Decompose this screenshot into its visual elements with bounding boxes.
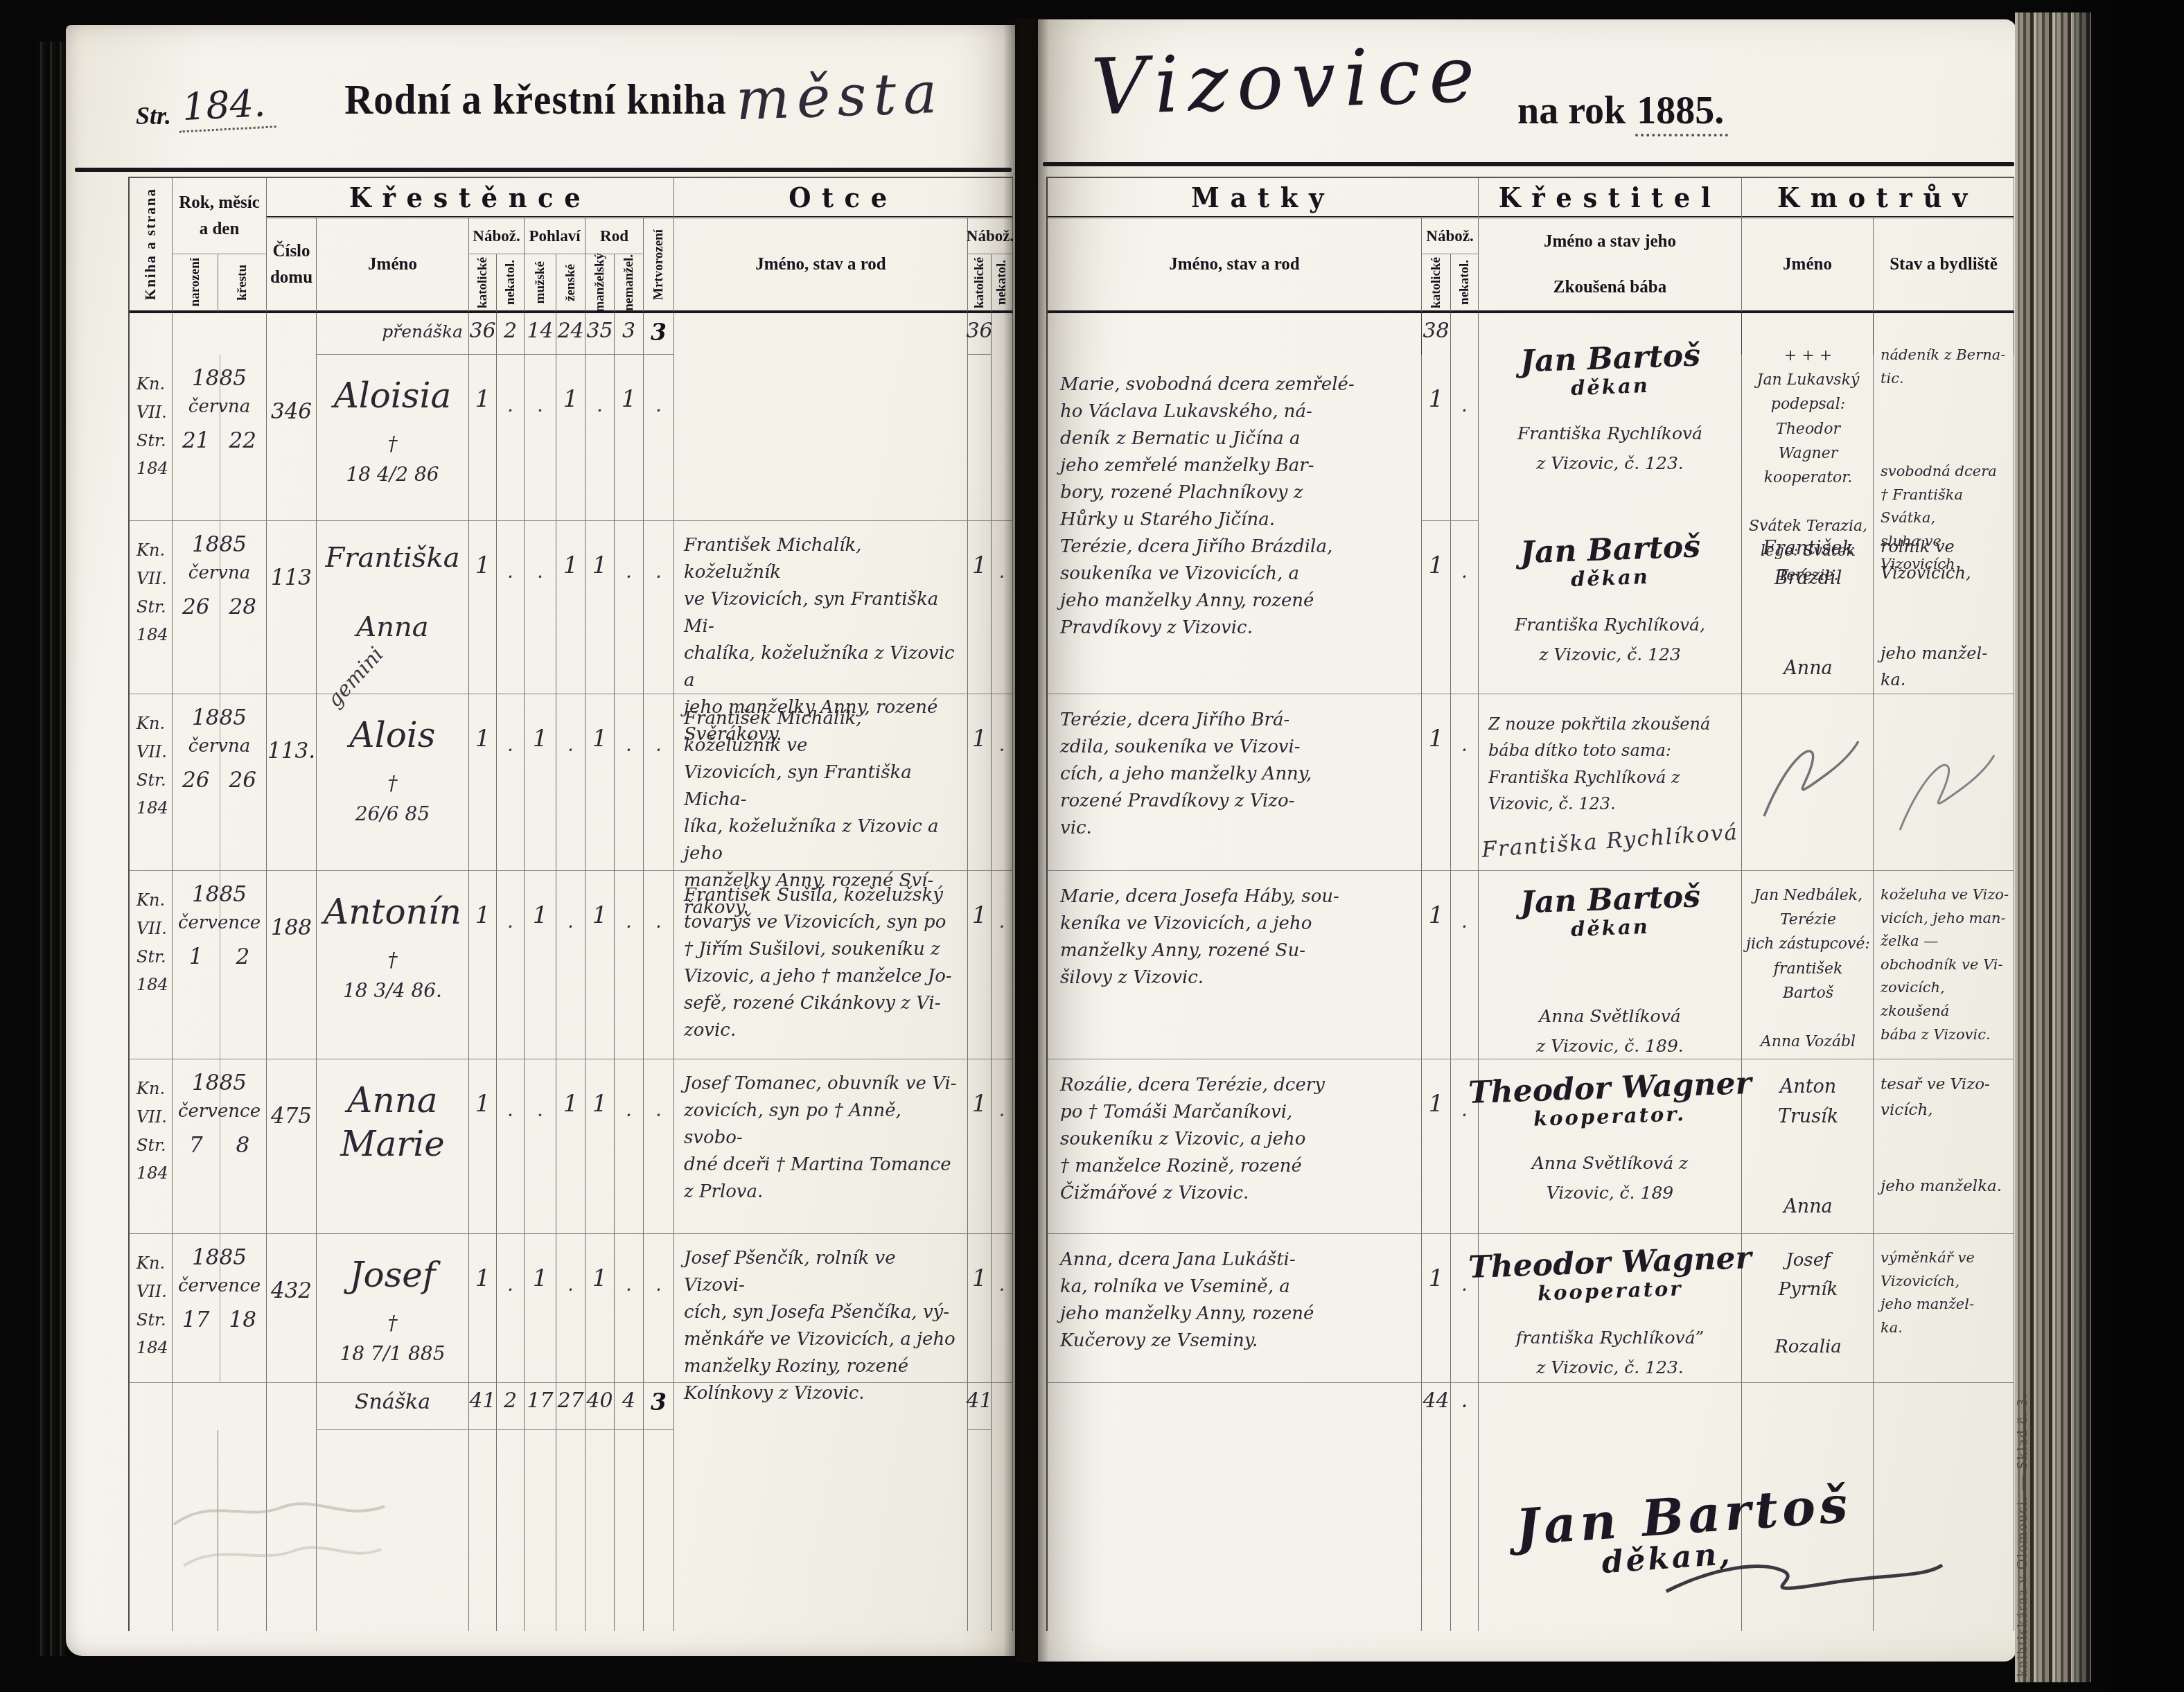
mother-noncatholic: . bbox=[1451, 871, 1479, 1059]
tally-legitimate: 1 bbox=[585, 1059, 615, 1234]
group-header-father-religion: Nábož. bbox=[968, 218, 1013, 254]
col-header-noncatholic: nekatol. bbox=[497, 254, 525, 313]
row-house-number: 475 bbox=[267, 1059, 317, 1234]
tally-illegitimate: . bbox=[615, 1234, 644, 1383]
carry-stillborn: 3 bbox=[644, 313, 674, 355]
birth-day: 21 bbox=[182, 428, 209, 453]
mother-record: Rozálie, dcera Terézie, dcery po † Tomáš… bbox=[1048, 1059, 1422, 1234]
tally-female: . bbox=[556, 1234, 585, 1383]
row-book-ref: Kn. VII. Str. 184 bbox=[130, 355, 173, 521]
section-title-child: Křestěnce bbox=[267, 178, 674, 218]
tally-legitimate: 1 bbox=[585, 521, 615, 694]
sum-empty bbox=[1874, 1383, 2014, 1430]
col-header-father-name: Jméno, stav a rod bbox=[674, 218, 968, 313]
tally-legitimate: . bbox=[585, 355, 615, 521]
mother-catholic: 1 bbox=[1422, 1234, 1451, 1383]
father-catholic: 1 bbox=[968, 694, 992, 871]
sum-label: Snáška bbox=[317, 1383, 469, 1430]
table-left: Kniha a strana Rok, měsíc a den narození… bbox=[128, 177, 1013, 1631]
col-header-mother-name: Jméno, stav a rod bbox=[1048, 218, 1422, 313]
col-header-legitimate: manželský bbox=[585, 254, 615, 313]
baptism-day: 26 bbox=[229, 768, 256, 793]
godparent-status: výměnkář ve Vizovicích, jeho manžel- ka. bbox=[1874, 1234, 2014, 1383]
col-header-stillborn: Mrtvorození bbox=[644, 218, 674, 313]
register-title: Rodní a křestní kniha bbox=[338, 76, 733, 124]
row-house-number: 113 bbox=[267, 521, 317, 694]
father-noncatholic: . bbox=[992, 694, 1013, 871]
carry-male: 14 bbox=[525, 313, 556, 355]
tally-male: 1 bbox=[525, 694, 556, 871]
carry-legitimate: 35 bbox=[585, 313, 615, 355]
mother-record: Anna, dcera Jana Lukášti- ka, rolníka ve… bbox=[1048, 1234, 1422, 1383]
row-date: 1885června2626 bbox=[173, 694, 267, 871]
tally-male: . bbox=[525, 355, 556, 521]
blank-cell bbox=[585, 1430, 615, 1631]
godparent-status: nádeník z Berna- tic. svobodná dcera † F… bbox=[1874, 313, 2014, 521]
blank-cell bbox=[525, 1430, 556, 1631]
godparent-name: František Brázdil Anna bbox=[1742, 521, 1874, 694]
godparent-name: Josef Pyrník Rozalia bbox=[1742, 1234, 1874, 1383]
col-header-godparent-status: Stav a bydliště bbox=[1874, 218, 2014, 313]
tally-stillborn: . bbox=[644, 1234, 674, 1383]
tally-catholic: 1 bbox=[469, 1234, 497, 1383]
father-noncatholic: . bbox=[992, 1059, 1013, 1234]
tally-illegitimate: . bbox=[615, 871, 644, 1059]
sum-empty bbox=[1742, 1383, 1874, 1430]
col-header-house-number: Číslo domu bbox=[267, 218, 317, 313]
blank-cell bbox=[992, 1430, 1013, 1631]
baptizer-record: Jan BartošděkanAnna Světlíková z Vizovic… bbox=[1479, 871, 1742, 1059]
carry-noncatholic: 2 bbox=[497, 313, 525, 355]
col-header-date: Rok, měsíc a den bbox=[173, 178, 267, 254]
baptizer-record: Theodor Wagnerkooperatorfrantiška Rychlí… bbox=[1479, 1234, 1742, 1383]
father-noncatholic bbox=[992, 355, 1013, 521]
flourish-mark bbox=[1759, 736, 1862, 826]
sum-empty bbox=[173, 1383, 267, 1430]
group-header-sex: Pohlaví bbox=[525, 218, 585, 254]
father-catholic: 1 bbox=[968, 1234, 992, 1383]
mother-noncatholic: . bbox=[1451, 521, 1479, 694]
group-header-religion: Nábož. bbox=[469, 218, 525, 254]
tally-female: 1 bbox=[556, 1059, 585, 1234]
col-header-baptizer: Jméno a stav jehoZkoušená bába bbox=[1479, 218, 1742, 313]
blank-cell bbox=[1451, 1430, 1479, 1631]
mother-noncatholic: . bbox=[1451, 694, 1479, 871]
register-scan: Str. 184. Rodní a křestní kniha města Vi… bbox=[0, 0, 2184, 1692]
row-date: 1885července1718 bbox=[173, 1234, 267, 1383]
row-book-ref: Kn. VII. Str. 184 bbox=[130, 521, 173, 694]
blank-cell bbox=[469, 1430, 497, 1631]
flourish-mark bbox=[1894, 750, 1998, 840]
col-header-book-page: Kniha a strana bbox=[130, 178, 173, 313]
mother-catholic: 1 bbox=[1422, 1059, 1451, 1234]
col-header-catholic: katolické bbox=[469, 254, 497, 313]
tally-catholic: 1 bbox=[469, 694, 497, 871]
row-date: 1885července12 bbox=[173, 871, 267, 1059]
table-right: Matky Jméno, stav a rod Nábož. katolické… bbox=[1046, 177, 2014, 1631]
tally-male: . bbox=[525, 1059, 556, 1234]
row-house-number: 346 bbox=[267, 355, 317, 521]
row-book-ref: Kn. VII. Str. 184 bbox=[130, 694, 173, 871]
tally-illegitimate: . bbox=[615, 694, 644, 871]
col-header-birth: narození bbox=[173, 254, 218, 313]
sum-mother-catholic: 44 bbox=[1422, 1383, 1451, 1430]
sum-stillborn: 3 bbox=[644, 1383, 674, 1430]
father-record: František Sušila, koželužský tovaryš ve … bbox=[674, 871, 968, 1059]
mother-record: Terézie, dcera Jiřího Brázdila, soukeník… bbox=[1048, 521, 1422, 694]
godparent-name: Jan Nedbálek, Terézie jich zástupcové: f… bbox=[1742, 871, 1874, 1059]
father-catholic: 1 bbox=[968, 871, 992, 1059]
col-header-name: Jméno bbox=[317, 218, 469, 313]
blank-cell bbox=[644, 1430, 674, 1631]
col-header-godparent-name: Jméno bbox=[1742, 218, 1874, 313]
mother-catholic: 1 bbox=[1422, 694, 1451, 871]
father-catholic: 1 bbox=[968, 1059, 992, 1234]
godparent-status: tesař ve Vizo- vicích, jeho manželka. bbox=[1874, 1059, 2014, 1234]
father-noncatholic: . bbox=[992, 521, 1013, 694]
carry-empty bbox=[267, 313, 317, 355]
col-header-father-noncatholic: nekatol. bbox=[992, 254, 1013, 313]
carry-father-catholic: 36 bbox=[968, 313, 992, 355]
blank-cell bbox=[1048, 1430, 1422, 1631]
mother-record: Marie, dcera Josefa Háby, sou- keníka ve… bbox=[1048, 871, 1422, 1059]
tally-noncatholic: . bbox=[497, 694, 525, 871]
group-header-legitimacy: Rod bbox=[585, 218, 644, 254]
godparent-status: rolník ve Vizovicích, jeho manžel- ka. bbox=[1874, 521, 2014, 694]
tally-female: 1 bbox=[556, 521, 585, 694]
sum-mother-noncatholic: . bbox=[1451, 1383, 1479, 1430]
mother-record: Marie, svobodná dcera zemřelé- ho Václav… bbox=[1048, 313, 1422, 521]
godparent-status: koželuha ve Vizo- vicích, jeho man- želk… bbox=[1874, 871, 2014, 1059]
sum-empty bbox=[1479, 1383, 1742, 1430]
blank-cell bbox=[968, 1430, 992, 1631]
group-header-mother-religion: Nábož. bbox=[1422, 218, 1479, 254]
sum-empty bbox=[1048, 1383, 1422, 1430]
row-book-ref: Kn. VII. Str. 184 bbox=[130, 871, 173, 1059]
page-number-block: Str. 184. bbox=[136, 83, 275, 130]
row-date: 1885června2122 bbox=[173, 355, 267, 521]
tally-male: 1 bbox=[525, 1234, 556, 1383]
row-house-number: 432 bbox=[267, 1234, 317, 1383]
tally-noncatholic: . bbox=[497, 521, 525, 694]
carry-empty bbox=[173, 313, 267, 355]
tally-legitimate: 1 bbox=[585, 694, 615, 871]
row-house-number: 188 bbox=[267, 871, 317, 1059]
baptizer-record: Theodor Wagnerkooperator.Anna Světlíková… bbox=[1479, 1059, 1742, 1234]
page-number-value: 184. bbox=[177, 80, 276, 132]
row-date: 1885června2628 bbox=[173, 521, 267, 694]
sum-empty bbox=[674, 1383, 968, 1430]
section-title-baptizer: Křestitel bbox=[1479, 178, 1742, 218]
tally-catholic: 1 bbox=[469, 1059, 497, 1234]
carry-mother-catholic: 38 bbox=[1422, 313, 1451, 355]
year-label: na rok 1885. bbox=[1517, 89, 1728, 133]
baptism-day: 22 bbox=[229, 428, 256, 453]
row-child-name: Anna Marie bbox=[317, 1059, 469, 1234]
mother-catholic: 1 bbox=[1422, 521, 1451, 694]
tally-male: 1 bbox=[525, 871, 556, 1059]
carry-empty bbox=[674, 313, 968, 355]
col-header-female: ženské bbox=[556, 254, 585, 313]
sum-illegitimate: 4 bbox=[615, 1383, 644, 1430]
birth-day: 26 bbox=[182, 768, 209, 793]
row-child-name: Antonín† 18 3/4 86. bbox=[317, 871, 469, 1059]
baptism-day: 18 bbox=[229, 1307, 256, 1332]
tally-noncatholic: . bbox=[497, 1234, 525, 1383]
father-noncatholic: . bbox=[992, 871, 1013, 1059]
year-value: 1885. bbox=[1635, 89, 1728, 136]
row-child-name: Alois† 26/6 85 bbox=[317, 694, 469, 871]
birth-day: 17 bbox=[182, 1307, 209, 1332]
godparent-status-empty bbox=[1874, 694, 2014, 871]
tally-catholic: 1 bbox=[469, 521, 497, 694]
father-catholic: 1 bbox=[968, 521, 992, 694]
sum-female: 27 bbox=[556, 1383, 585, 1430]
tally-noncatholic: . bbox=[497, 871, 525, 1059]
section-title-mother: Matky bbox=[1048, 178, 1479, 218]
tally-stillborn: . bbox=[644, 871, 674, 1059]
carry-empty bbox=[130, 313, 173, 355]
blank-cell bbox=[615, 1430, 644, 1631]
sum-empty bbox=[130, 1383, 173, 1430]
baptizer-record: Jan BartošděkanFrantiška Rychlíková z Vi… bbox=[1479, 313, 1742, 521]
godparent-name: + + + Jan Lukavský podepsal: Theodor Wag… bbox=[1742, 313, 1874, 521]
mother-catholic: 1 bbox=[1422, 871, 1451, 1059]
row-book-ref: Kn. VII. Str. 184 bbox=[130, 1234, 173, 1383]
father-record: Josef Pšenčík, rolník ve Vizovi- cích, s… bbox=[674, 1234, 968, 1383]
carry-empty bbox=[1451, 313, 1479, 355]
father-catholic bbox=[968, 355, 992, 521]
register-title-script: města bbox=[734, 60, 944, 135]
tally-illegitimate: 1 bbox=[615, 355, 644, 521]
baptism-day: 2 bbox=[236, 944, 249, 969]
row-house-number: 113. bbox=[267, 694, 317, 871]
godparent-name-empty bbox=[1742, 694, 1874, 871]
row-date: 1885července78 bbox=[173, 1059, 267, 1234]
col-header-baptism: křestu bbox=[218, 254, 267, 313]
row-child-name: Františka Annagemini bbox=[317, 521, 469, 694]
tally-stillborn: . bbox=[644, 521, 674, 694]
carry-catholic: 36 bbox=[469, 313, 497, 355]
tally-female: . bbox=[556, 694, 585, 871]
year-prefix: na rok bbox=[1517, 89, 1626, 132]
blank-cell bbox=[497, 1430, 525, 1631]
book-edge-left bbox=[36, 42, 67, 1656]
mother-record: Terézie, dcera Jiřího Brá- zdila, souken… bbox=[1048, 694, 1422, 871]
mother-catholic: 1 bbox=[1422, 355, 1451, 521]
blank-cell bbox=[1422, 1430, 1451, 1631]
tally-noncatholic: . bbox=[497, 355, 525, 521]
carry-empty bbox=[992, 313, 1013, 355]
birth-day: 7 bbox=[189, 1133, 203, 1158]
baptizer-record: Z nouze pokřtila zkoušená bába dítko tot… bbox=[1479, 694, 1742, 871]
printer-imprint: knihtiskárna v Olomouci. — Sklad č. 3. bbox=[2014, 1136, 2031, 1677]
tally-legitimate: 1 bbox=[585, 871, 615, 1059]
godparent-name: Anton Trusík Anna bbox=[1742, 1059, 1874, 1234]
sum-noncatholic: 2 bbox=[497, 1383, 525, 1430]
blank-cell bbox=[556, 1430, 585, 1631]
tally-noncatholic: . bbox=[497, 1059, 525, 1234]
tally-legitimate: 1 bbox=[585, 1234, 615, 1383]
header-rule-left bbox=[75, 168, 1012, 172]
sum-empty bbox=[267, 1383, 317, 1430]
tally-female: 1 bbox=[556, 355, 585, 521]
birth-day: 26 bbox=[182, 594, 209, 619]
tally-illegitimate: . bbox=[615, 1059, 644, 1234]
row-book-ref: Kn. VII. Str. 184 bbox=[130, 1059, 173, 1234]
carry-label: přenáška bbox=[317, 313, 469, 355]
tally-illegitimate: . bbox=[615, 521, 644, 694]
father-record bbox=[674, 355, 968, 521]
row-child-name: Josef† 18 7/1 885 bbox=[317, 1234, 469, 1383]
baptism-day: 8 bbox=[236, 1133, 249, 1158]
sum-catholic: 41 bbox=[469, 1383, 497, 1430]
col-header-male: mužské bbox=[525, 254, 556, 313]
col-header-mother-noncatholic: nekatol. bbox=[1451, 254, 1479, 313]
father-record: František Michalík, koželužník ve Vizovi… bbox=[674, 694, 968, 871]
col-header-illegitimate: nemanžel. bbox=[615, 254, 644, 313]
col-header-mother-catholic: katolické bbox=[1422, 254, 1451, 313]
header-rule-right bbox=[1043, 162, 2014, 166]
tally-stillborn: . bbox=[644, 694, 674, 871]
sum-male: 17 bbox=[525, 1383, 556, 1430]
father-noncatholic: . bbox=[992, 1234, 1013, 1383]
book-edge-right bbox=[2072, 0, 2184, 1692]
sum-legitimate: 40 bbox=[585, 1383, 615, 1430]
place-name-script: Vizovice bbox=[1090, 29, 1484, 133]
father-record: Josef Tomanec, obuvník ve Vi- zovicích, … bbox=[674, 1059, 968, 1234]
tally-catholic: 1 bbox=[469, 355, 497, 521]
tally-stillborn: . bbox=[644, 1059, 674, 1234]
row-child-name: Aloisia† 18 4/2 86 bbox=[317, 355, 469, 521]
tally-stillborn: . bbox=[644, 355, 674, 521]
pencil-scribble bbox=[163, 1476, 398, 1601]
tally-male: . bbox=[525, 521, 556, 694]
birth-day: 1 bbox=[189, 944, 203, 969]
section-title-father: Otce bbox=[674, 178, 1013, 218]
baptizer-record: Jan BartošděkanFrantiška Rychlíková, z V… bbox=[1479, 521, 1742, 694]
section-title-godparents: Kmotrův bbox=[1742, 178, 2014, 218]
sum-father-catholic: 41 bbox=[968, 1383, 992, 1430]
mother-noncatholic: . bbox=[1451, 355, 1479, 521]
sum-empty bbox=[992, 1383, 1013, 1430]
carry-illegitimate: 3 bbox=[615, 313, 644, 355]
baptism-day: 28 bbox=[229, 594, 256, 619]
father-record: František Michalík, koželužník ve Vizovi… bbox=[674, 521, 968, 694]
col-header-father-catholic: katolické bbox=[968, 254, 992, 313]
carry-female: 24 bbox=[556, 313, 585, 355]
blank-cell bbox=[674, 1430, 968, 1631]
tally-catholic: 1 bbox=[469, 871, 497, 1059]
tally-female: . bbox=[556, 871, 585, 1059]
page-number-label: Str. bbox=[136, 101, 171, 130]
